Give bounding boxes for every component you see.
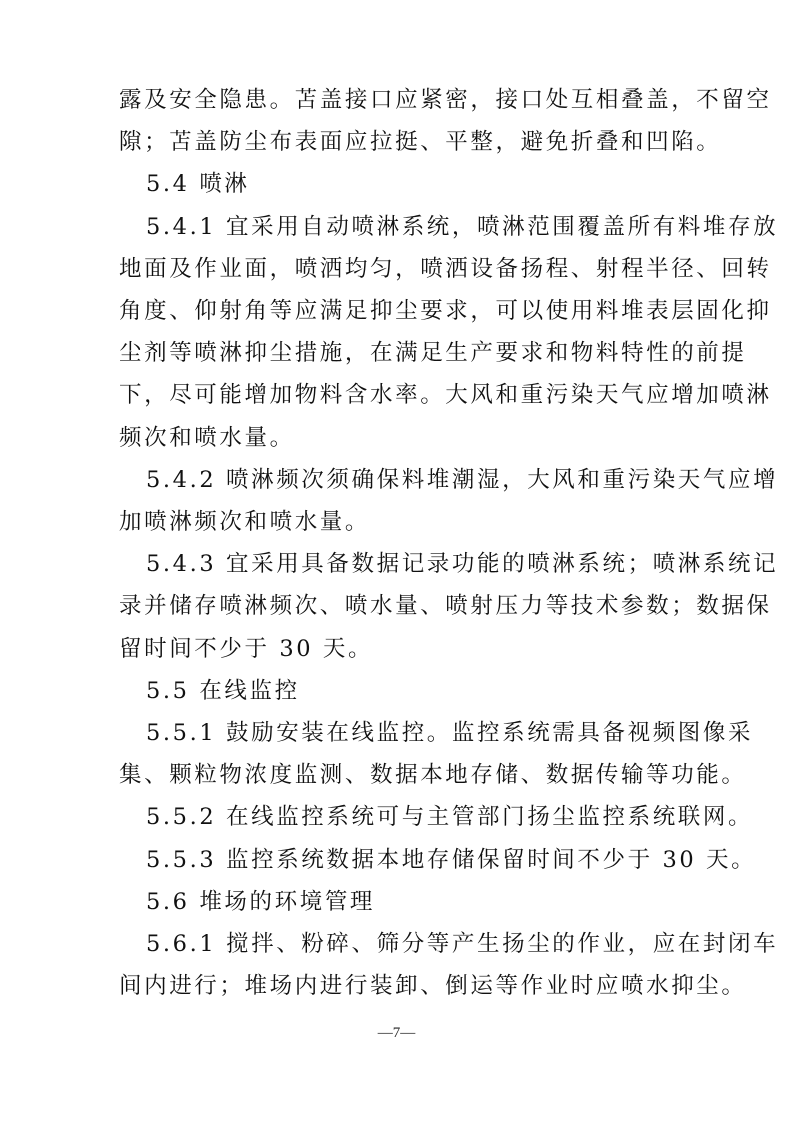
section-heading-5-5: 5.5 在线监控 [146, 676, 676, 706]
paragraph-line: 间内进行；堆场内进行装卸、倒运等作业时应喷水抑尘。 [119, 971, 675, 1001]
paragraph-line: 留时间不少于 30 天。 [119, 634, 675, 664]
paragraph-line: 隙；苫盖防尘布表面应拉挺、平整，避免折叠和凹陷。 [119, 127, 675, 157]
paragraph-line: 露及安全隐患。苫盖接口应紧密，接口处互相叠盖，不留空 [119, 85, 675, 115]
paragraph-line: 尘剂等喷淋抑尘措施，在满足生产要求和物料特性的前提 [119, 338, 675, 368]
paragraph-line: 角度、仰射角等应满足抑尘要求，可以使用料堆表层固化抑 [119, 296, 675, 326]
section-heading-5-6: 5.6 堆场的环境管理 [146, 887, 676, 917]
clause-5-4-2: 5.4.2 喷淋频次须确保料堆潮湿，大风和重污染天气应增 [146, 465, 676, 495]
clause-5-5-3: 5.5.3 监控系统数据本地存储保留时间不少于 30 天。 [146, 845, 676, 875]
clause-5-5-2: 5.5.2 在线监控系统可与主管部门扬尘监控系统联网。 [146, 802, 676, 832]
clause-5-4-3: 5.4.3 宜采用具备数据记录功能的喷淋系统；喷淋系统记 [146, 549, 676, 579]
paragraph-line: 地面及作业面，喷洒均匀，喷洒设备扬程、射程半径、回转 [119, 254, 675, 284]
clause-5-6-1: 5.6.1 搅拌、粉碎、筛分等产生扬尘的作业，应在封闭车 [146, 929, 676, 959]
section-heading-5-4: 5.4 喷淋 [146, 169, 676, 199]
page-number: —7— [0, 1025, 793, 1042]
paragraph-line: 录并储存喷淋频次、喷水量、喷射压力等技术参数；数据保 [119, 591, 675, 621]
clause-5-5-1: 5.5.1 鼓励安装在线监控。监控系统需具备视频图像采 [146, 718, 676, 748]
paragraph-line: 频次和喷水量。 [119, 423, 675, 453]
paragraph-line: 下，尽可能增加物料含水率。大风和重污染天气应增加喷淋 [119, 380, 675, 410]
paragraph-line: 集、颗粒物浓度监测、数据本地存储、数据传输等功能。 [119, 760, 675, 790]
paragraph-line: 加喷淋频次和喷水量。 [119, 507, 675, 537]
clause-5-4-1: 5.4.1 宜采用自动喷淋系统，喷淋范围覆盖所有料堆存放 [146, 212, 676, 242]
